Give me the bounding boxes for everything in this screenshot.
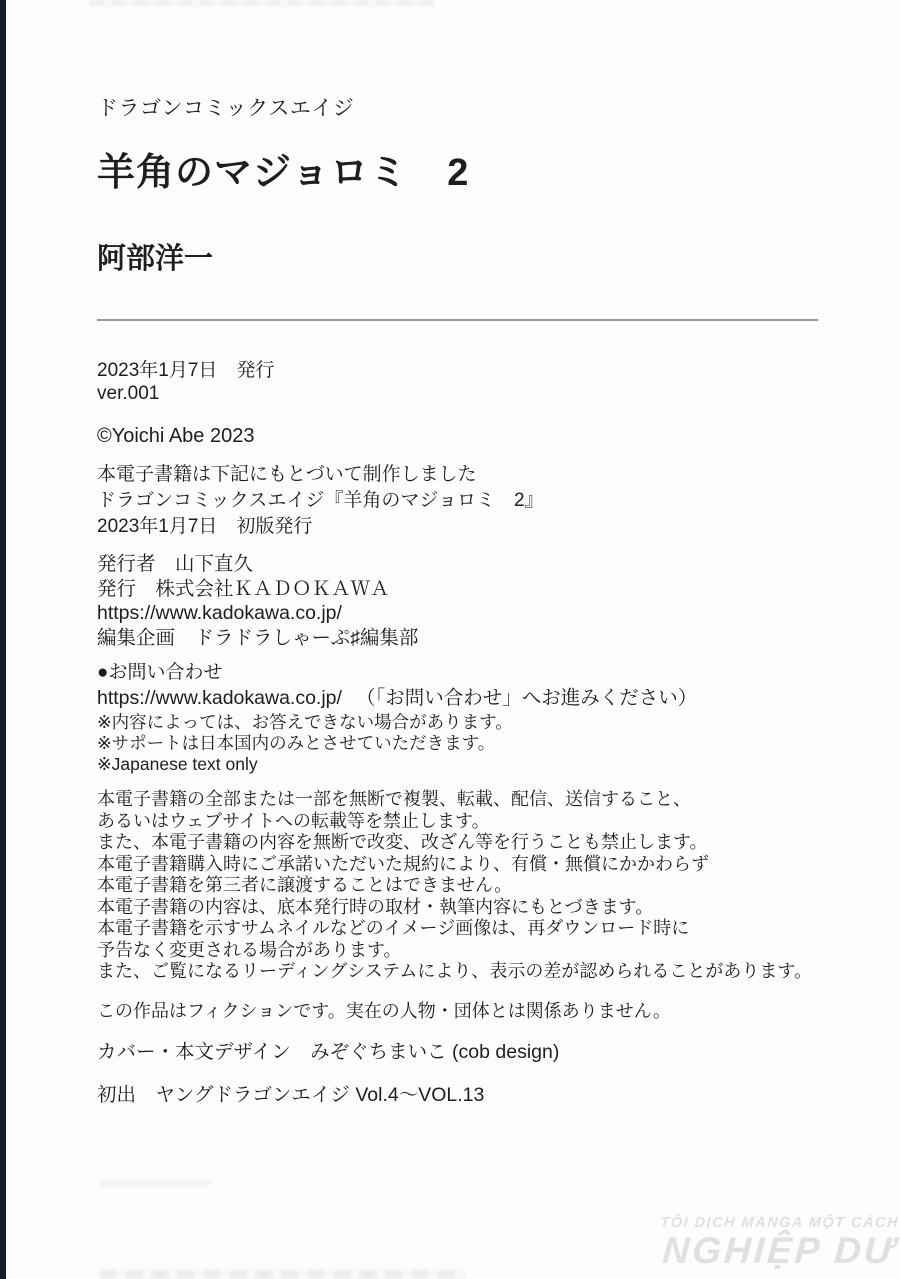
watermark-title: NGHIỆP DƯ — [657, 1231, 898, 1271]
legal-line: 本電子書籍の全部または一部を無断で複製、転載、配信、送信すること、 — [97, 789, 820, 811]
legal-line: 予告なく変更される場合があります。 — [97, 940, 820, 962]
contact-note-line: ※内容によっては、お答えできない場合があります。 — [97, 712, 820, 733]
faint-artifact — [100, 1180, 210, 1186]
publication-block: 2023年1月7日 発行 ver.001 — [97, 359, 820, 405]
publisher-url-link[interactable]: https://www.kadokawa.co.jp/ — [97, 601, 820, 626]
author-name: 阿部洋一 — [97, 242, 820, 276]
edition-note-line: 本電子書籍は下記にもとづいて制作しました — [97, 462, 820, 488]
imprint-label: ドラゴンコミックスエイジ — [97, 96, 820, 121]
legal-line: あるいはウェブサイトへの転載等を禁止します。 — [97, 811, 820, 833]
colophon-content: ドラゴンコミックスエイジ 羊角のマジョロミ 2 阿部洋一 2023年1月7日 発… — [0, 0, 900, 1108]
book-title: 羊角のマジョロミ 2 — [97, 151, 820, 195]
copyright-notice: ©Yoichi Abe 2023 — [97, 425, 820, 448]
divider-rule — [97, 319, 818, 321]
watermark-tagline: TÔI DỊCH MANGA MỘT CÁCH — [660, 1215, 900, 1231]
legal-line: 本電子書籍の内容は、底本発行時の取材・執筆内容にもとづきます。 — [97, 897, 820, 919]
design-credit: カバー・本文デザイン みぞぐちまいこ (cob design) — [97, 1040, 820, 1065]
colophon-page: ドラゴンコミックスエイジ 羊角のマジョロミ 2 阿部洋一 2023年1月7日 発… — [0, 0, 900, 1279]
legal-line: 本電子書籍を示すサムネイルなどのイメージ画像は、再ダウンロード時に — [97, 918, 820, 940]
first-publication: 初出 ヤングドラゴンエイジ Vol.4〜VOL.13 — [97, 1083, 820, 1108]
translator-watermark: TÔI DỊCH MANGA MỘT CÁCH NGHIỆP DƯ — [657, 1215, 899, 1271]
contact-url-line: https://www.kadokawa.co.jp/（「お問い合わせ」へお進み… — [97, 685, 820, 712]
publisher-person-line: 発行者 山下直久 — [97, 552, 820, 577]
legal-block: 本電子書籍の全部または一部を無断で複製、転載、配信、送信すること、 あるいはウェ… — [97, 789, 820, 983]
publisher-company-line: 発行 株式会社ＫＡＤＯＫＡＷＡ — [97, 577, 820, 602]
version-number: ver.001 — [97, 382, 820, 405]
contact-note-line: ※サポートは日本国内のみとさせていただきます。 — [97, 733, 820, 754]
contact-heading: ●お問い合わせ — [97, 661, 820, 685]
fiction-notice: この作品はフィクションです。実在の人物・団体とは関係ありません。 — [97, 1001, 820, 1022]
bottom-edge-artifact — [100, 1270, 465, 1279]
contact-url-link[interactable]: https://www.kadokawa.co.jp/ — [97, 687, 342, 709]
publication-date: 2023年1月7日 発行 — [97, 359, 820, 382]
edition-block: 本電子書籍は下記にもとづいて制作しました ドラゴンコミックスエイジ『羊角のマジョ… — [97, 462, 820, 540]
editorial-team-line: 編集企画 ドラドラしゃーぷ♯編集部 — [97, 626, 820, 651]
legal-line: 本電子書籍を第三者に譲渡することはできません。 — [97, 875, 820, 897]
legal-line: また、本電子書籍の内容を無断で改変、改ざん等を行うことも禁止します。 — [97, 832, 820, 854]
contact-url-note: （「お問い合わせ」へお進みください） — [356, 687, 697, 709]
contact-notes: ※内容によっては、お答えできない場合があります。 ※サポートは日本国内のみとさせ… — [97, 712, 820, 775]
edition-note-line: ドラゴンコミックスエイジ『羊角のマジョロミ 2』 — [97, 488, 820, 514]
contact-note-line: ※Japanese text only — [97, 754, 820, 775]
publisher-block: 発行者 山下直久 発行 株式会社ＫＡＤＯＫＡＷＡ https://www.kad… — [97, 552, 820, 650]
edition-note-line: 2023年1月7日 初版発行 — [97, 514, 820, 540]
legal-line: 本電子書籍購入時にご承諾いただいた規約により、有償・無償にかかわらず — [97, 854, 820, 876]
legal-line: また、ご覧になるリーディングシステムにより、表示の差が認められることがあります。 — [97, 961, 820, 983]
